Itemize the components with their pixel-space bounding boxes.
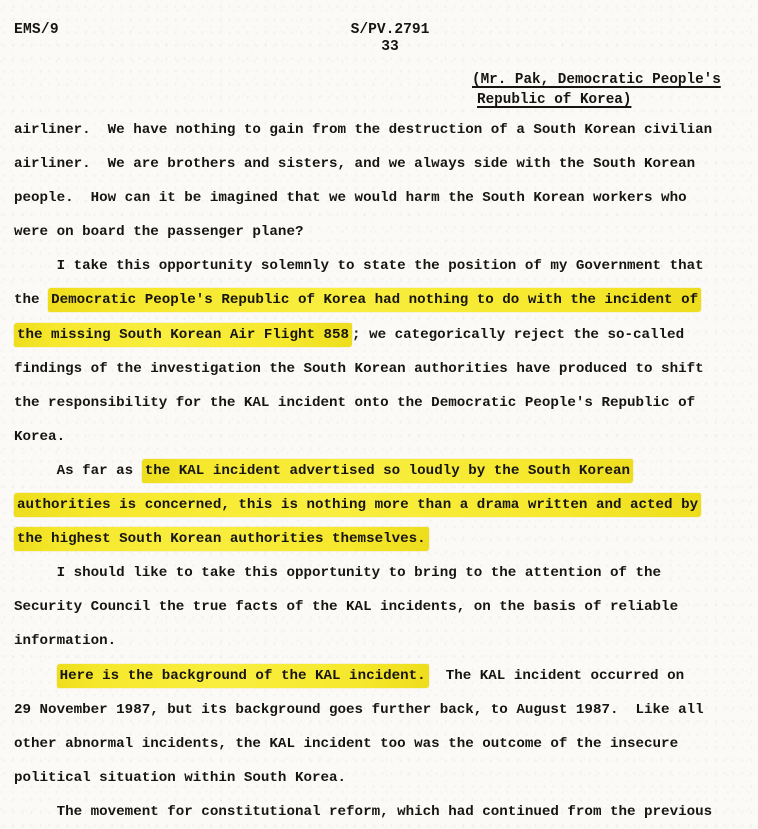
text-line: political situation within South Korea. [14, 761, 752, 795]
text-line: information. [14, 624, 752, 658]
text-line: As far as the KAL incident advertised so… [14, 454, 752, 488]
text-line: were on board the passenger plane? [14, 215, 752, 249]
highlighted-text: authorities is concerned, this is nothin… [14, 493, 701, 517]
body-text: The KAL incident occurred on [429, 668, 684, 684]
body-text: the responsibility for the KAL incident … [14, 395, 695, 411]
text-line: the Democratic People's Republic of Kore… [14, 283, 752, 317]
text-line: authorities is concerned, this is nothin… [14, 488, 752, 522]
body-text: airliner. We are brothers and sisters, a… [14, 156, 695, 172]
text-line: Korea. [14, 420, 752, 454]
body-text: people. How can it be imagined that we w… [14, 190, 687, 206]
text-line: findings of the investigation the South … [14, 352, 752, 386]
body-text: 29 November 1987, but its background goe… [14, 702, 704, 718]
text-line: Here is the background of the KAL incide… [14, 659, 752, 693]
speaker-attribution: (Mr. Pak, Democratic People's Republic o… [472, 70, 721, 110]
body-text: findings of the investigation the South … [14, 361, 704, 377]
document-body: airliner. We have nothing to gain from t… [14, 113, 752, 829]
body-text: As far as [14, 463, 142, 479]
body-text: I take this opportunity solemnly to stat… [14, 258, 704, 274]
text-line: 29 November 1987, but its background goe… [14, 693, 752, 727]
document-symbol: S/PV.2791 [11, 22, 758, 39]
text-line: Security Council the true facts of the K… [14, 590, 752, 624]
text-line: airliner. We are brothers and sisters, a… [14, 147, 752, 181]
text-line: airliner. We have nothing to gain from t… [14, 113, 752, 147]
speaker-attribution-line: (Mr. Pak, Democratic People's [472, 70, 721, 90]
body-text [14, 668, 57, 684]
body-text: other abnormal incidents, the KAL incide… [14, 736, 678, 752]
text-line: the highest South Korean authorities the… [14, 522, 752, 556]
body-text: airliner. We have nothing to gain from t… [14, 122, 712, 138]
text-line: the responsibility for the KAL incident … [14, 386, 752, 420]
text-line: I take this opportunity solemnly to stat… [14, 249, 752, 283]
document-header: S/PV.2791 33 [11, 22, 758, 56]
text-line: The movement for constitutional reform, … [14, 795, 752, 829]
body-text: political situation within South Korea. [14, 770, 346, 786]
body-text: ; we categorically reject the so-called [352, 327, 684, 343]
body-text: Korea. [14, 429, 65, 445]
highlighted-text: the missing South Korean Air Flight 858 [14, 323, 352, 347]
speaker-attribution-line: Republic of Korea) [472, 90, 721, 110]
text-line: people. How can it be imagined that we w… [14, 181, 752, 215]
highlighted-text: Here is the background of the KAL incide… [57, 664, 429, 688]
page-number: 33 [11, 39, 758, 56]
highlighted-text: the highest South Korean authorities the… [14, 527, 429, 551]
scanned-document-page: EMS/9 S/PV.2791 33 (Mr. Pak, Democratic … [0, 0, 758, 829]
highlighted-text: Democratic People's Republic of Korea ha… [48, 288, 701, 312]
highlighted-text: the KAL incident advertised so loudly by… [142, 459, 633, 483]
body-text: I should like to take this opportunity t… [14, 565, 661, 581]
body-text: The movement for constitutional reform, … [14, 804, 712, 820]
text-line: the missing South Korean Air Flight 858;… [14, 318, 752, 352]
body-text: Security Council the true facts of the K… [14, 599, 678, 615]
body-text: information. [14, 633, 116, 649]
body-text: were on board the passenger plane? [14, 224, 303, 240]
text-line: I should like to take this opportunity t… [14, 556, 752, 590]
text-line: other abnormal incidents, the KAL incide… [14, 727, 752, 761]
body-text: the [14, 292, 48, 308]
